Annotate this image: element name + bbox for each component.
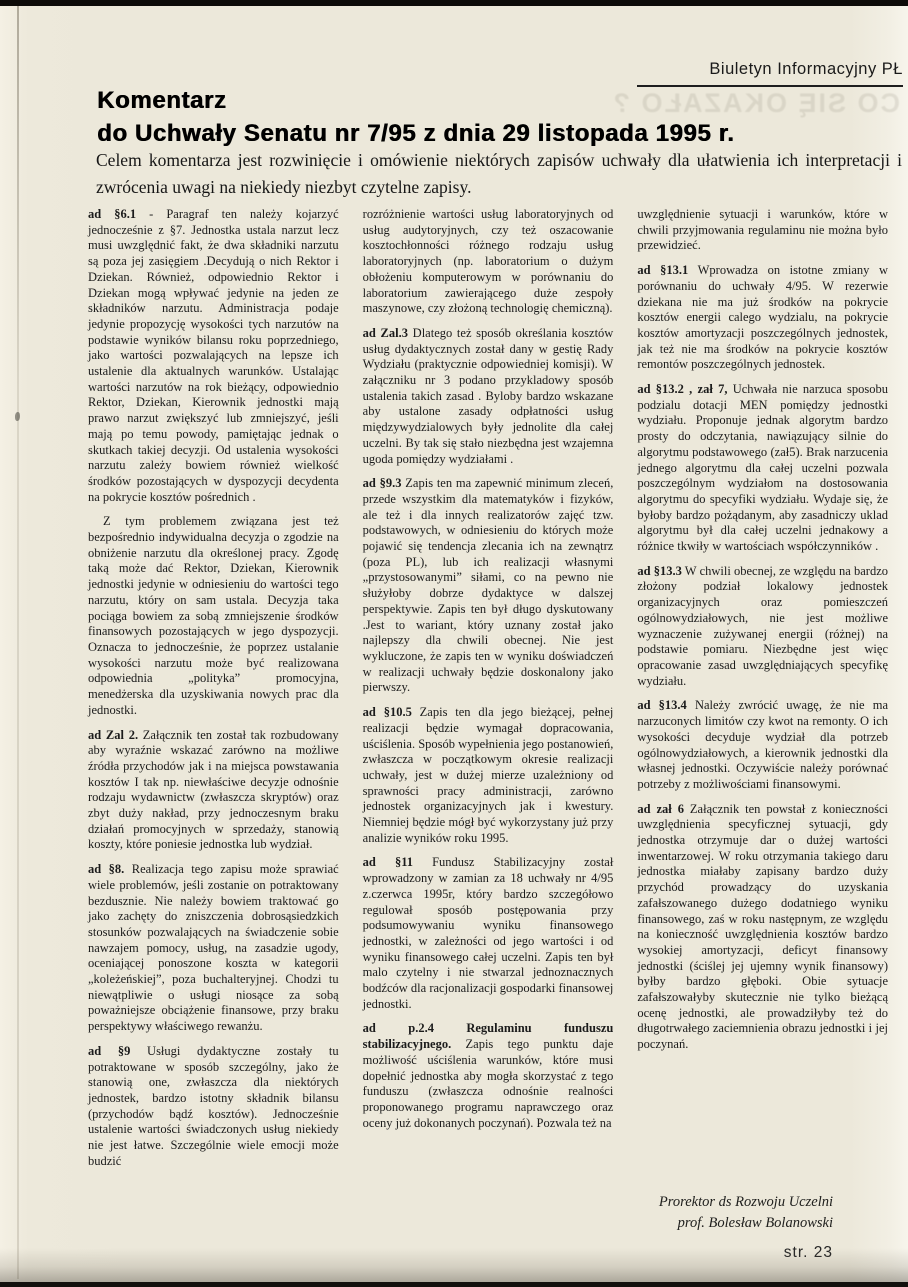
article-columns: ad §6.1 - Paragraf ten należy kojarzyć j… (88, 207, 888, 1178)
ink-speck (15, 412, 20, 421)
paragraph: ad §13.3 W chwili obecnej, ze względu na… (637, 564, 888, 690)
signature-name: prof. Bolesław Bolanowski (503, 1213, 833, 1234)
page-title-line1: Komentarz (97, 84, 797, 117)
text-column-3: uwzględnienie sytuacji i warunków, które… (637, 207, 888, 1178)
paragraph: ad §10.5 Zapis ten dla jego bieżącej, pe… (363, 705, 614, 846)
paragraph-lead: ad §10.5 (363, 705, 412, 719)
signature-role: Prorektor ds Rozwoju Uczelni (503, 1192, 833, 1213)
paragraph-lead: ad §8. (88, 862, 124, 876)
paragraph: ad §9.3 Zapis ten ma zapewnić minimum zl… (363, 476, 614, 696)
scan-edge-bottom (0, 1282, 908, 1287)
paragraph-lead: ad §13.3 (637, 564, 682, 578)
text-column-2: rozróżnienie wartości usług laboratoryjn… (363, 207, 614, 1178)
paragraph: Z tym problemem związana jest też bezpoś… (88, 514, 339, 718)
paragraph-lead: ad §13.2 , zał 7, (637, 382, 727, 396)
paragraph: ad §9 Usługi dydaktyczne zostały tu potr… (88, 1044, 339, 1170)
page-crease-line (17, 6, 19, 1279)
paragraph: ad §13.2 , zał 7, Uchwała nie narzuca sp… (637, 382, 888, 555)
paragraph: ad p.2.4 Regulaminu funduszu stabilizacy… (363, 1021, 614, 1131)
paragraph-lead: ad §9.3 (363, 476, 402, 490)
paragraph: ad §11 Fundusz Stabilizacyjny został wpr… (363, 855, 614, 1012)
paragraph: ad zał 6 Załącznik ten powstał z koniecz… (637, 802, 888, 1053)
scan-shadow-bottom (0, 1248, 908, 1282)
lead-paragraph: Celem komentarza jest rozwinięcie i omów… (96, 147, 902, 201)
paragraph-lead: ad §9 (88, 1044, 130, 1058)
paragraph: ad §8. Realizacja tego zapisu może spraw… (88, 862, 339, 1035)
paragraph: rozróżnienie wartości usług laboratoryjn… (363, 207, 614, 317)
page-title-line2: do Uchwały Senatu nr 7/95 z dnia 29 list… (97, 117, 797, 150)
scan-edge-top (0, 0, 908, 6)
paragraph: ad Zal.3 Dlatego też sposób określania k… (363, 326, 614, 467)
paragraph-lead: ad §6.1 (88, 207, 136, 221)
paragraph: ad §13.1 Wprowadza on istotne zmiany w p… (637, 263, 888, 373)
page-title: Komentarz do Uchwały Senatu nr 7/95 z dn… (97, 84, 797, 150)
journal-header: Biuletyn Informacyjny PŁ (637, 60, 903, 87)
paragraph-lead: ad §13.1 (637, 263, 688, 277)
text-column-1: ad §6.1 - Paragraf ten należy kojarzyć j… (88, 207, 339, 1178)
journal-title: Biuletyn Informacyjny PŁ (709, 60, 903, 78)
paragraph-lead: ad zał 6 (637, 802, 684, 816)
paragraph: ad §13.4 Należy zwrócić uwagę, że nie ma… (637, 698, 888, 792)
paragraph-lead: ad p.2.4 Regulaminu funduszu stabilizacy… (363, 1021, 614, 1051)
signature-block: Prorektor ds Rozwoju Uczelni prof. Boles… (503, 1192, 833, 1234)
paragraph-lead: ad Zal.3 (363, 326, 408, 340)
paragraph: uwzględnienie sytuacji i warunków, które… (637, 207, 888, 254)
paragraph-lead: ad §13.4 (637, 698, 686, 712)
paragraph: ad Zal 2. Załącznik ten został tak rozbu… (88, 728, 339, 854)
paragraph: ad §6.1 - Paragraf ten należy kojarzyć j… (88, 207, 339, 505)
paragraph-lead: ad §11 (363, 855, 413, 869)
scanned-page: CO SIĘ OKAZAŁO ? Biuletyn Informacyjny P… (0, 0, 908, 1287)
paragraph-lead: ad Zal 2. (88, 728, 138, 742)
